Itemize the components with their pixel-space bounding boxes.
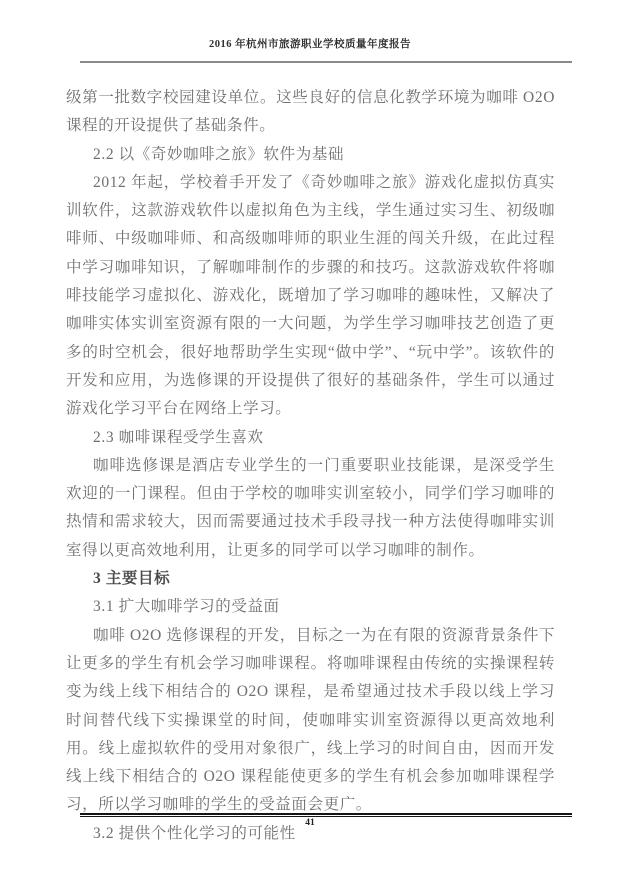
paragraph-course-popularity: 咖啡选修课是酒店专业学生的一门重要职业技能课，是深受学生欢迎的一门课程。但由于学… xyxy=(66,452,555,565)
heading-2-2-software-basis: 2.2 以《奇妙咖啡之旅》软件为基础 xyxy=(66,141,555,169)
document-page: 2016 年杭州市旅游职业学校质量年度报告 级第一批数字校园建设单位。这些良好的… xyxy=(0,0,620,877)
page-number: 41 xyxy=(0,818,620,828)
paragraph-intro-continuation: 级第一批数字校园建设单位。这些良好的信息化教学环境为咖啡 O2O 课程的开设提供… xyxy=(66,84,555,141)
paragraph-software-development: 2012 年起，学校着手开发了《奇妙咖啡之旅》游戏化虚拟仿真实训软件，这款游戏软… xyxy=(66,169,555,424)
heading-2-3-course-popular: 2.3 咖啡课程受学生喜欢 xyxy=(66,424,555,452)
heading-3-1-expand-beneficiaries: 3.1 扩大咖啡学习的受益面 xyxy=(66,593,555,621)
page-header-title: 2016 年杭州市旅游职业学校质量年度报告 xyxy=(0,36,620,51)
paragraph-o2o-goal: 咖啡 O2O 选修课程的开发，目标之一为在有限的资源背景条件下让更多的学生有机会… xyxy=(66,622,555,820)
header-rule xyxy=(80,61,572,63)
heading-3-main-goals: 3 主要目标 xyxy=(66,565,555,593)
footer-rule xyxy=(80,813,572,817)
document-body: 级第一批数字校园建设单位。这些良好的信息化教学环境为咖啡 O2O 课程的开设提供… xyxy=(66,84,555,848)
